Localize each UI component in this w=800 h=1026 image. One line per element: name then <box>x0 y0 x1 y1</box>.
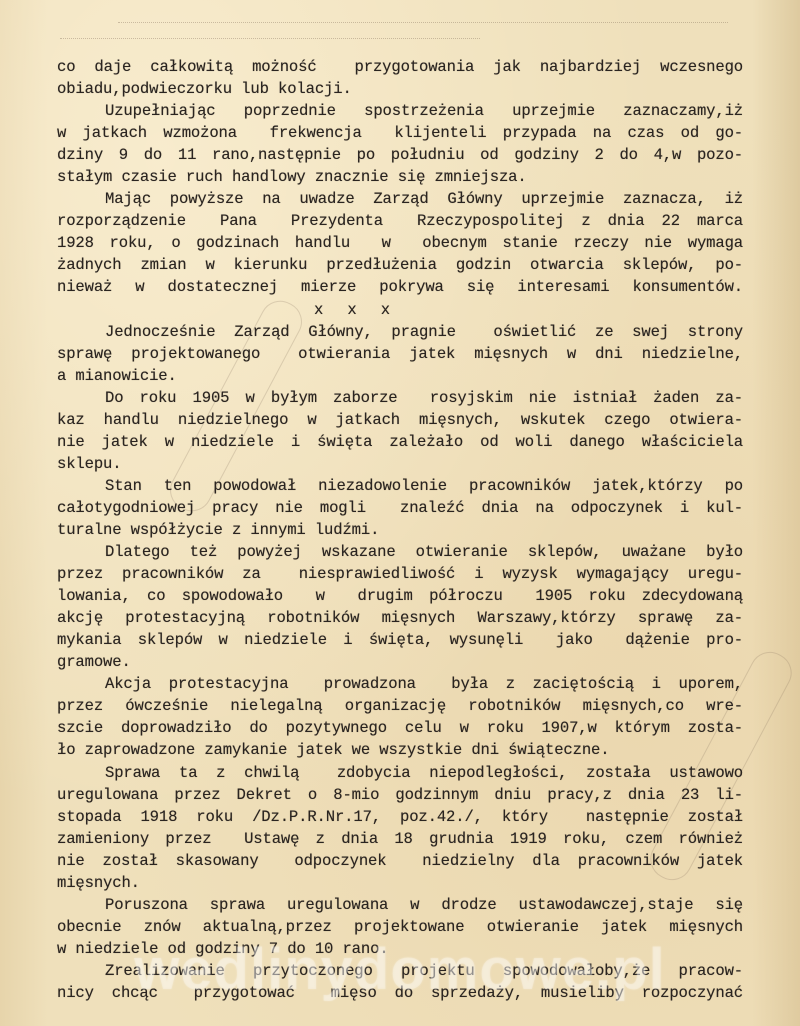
text-line: szcie doprowadziło do pozytywnego celu w… <box>57 717 757 739</box>
text-line: gramowe. <box>57 651 757 673</box>
text-line: sprawę projektowanego otwierania jatek m… <box>57 343 757 365</box>
text-line-content: przez ówcześnie nielegalną organizację r… <box>57 695 743 717</box>
text-line-content: obiadu,podwieczorku lub kolacji. <box>57 80 352 98</box>
text-line: Sprawa ta z chwilą zdobycia niepodległoś… <box>57 762 757 784</box>
text-line-content: sprawę projektowanego otwierania jatek m… <box>57 343 743 365</box>
text-line-content: Uzupełniając poprzednie spostrzeżenia up… <box>105 100 743 122</box>
text-line: Zrealizowanie przytoczonego projektu spo… <box>57 960 757 982</box>
text-line-content: całotygodniowej pracy nie mogli znaleźć … <box>57 497 743 519</box>
text-line-content: kaz handlu niedzielnego w jatkach mięsny… <box>57 409 743 431</box>
text-line: całotygodniowej pracy nie mogli znaleźć … <box>57 497 757 519</box>
text-line-content: nie został skasowany odpoczynek niedziel… <box>57 850 743 872</box>
text-line: żadnych zmian w kierunku przedłużenia go… <box>57 254 757 276</box>
text-line: Stan ten powodował niezadowolenie pracow… <box>57 475 757 497</box>
text-line: turalne współżycie z innymi ludźmi. <box>57 519 757 541</box>
text-line-content: w niedziele od godziny 7 do 10 rano. <box>57 940 388 958</box>
text-line: w niedziele od godziny 7 do 10 rano. <box>57 938 757 960</box>
text-line-content: sklepu. <box>57 455 121 473</box>
text-line: Mając powyższe na uwadze Zarząd Główny u… <box>57 188 757 210</box>
text-line: Akcja protestacyjna prowadzona była z za… <box>57 673 757 695</box>
faded-bleedthrough-line <box>60 38 480 53</box>
text-line: Do roku 1905 w byłym zaborze rosyjskim n… <box>57 387 757 409</box>
text-line-content: xxx <box>314 301 414 319</box>
text-line: obecnie znów aktualną,przez projektowane… <box>57 916 757 938</box>
text-line-content: stałym czasie ruch handlowy znacznie się… <box>57 168 527 186</box>
text-line: kaz handlu niedzielnego w jatkach mięsny… <box>57 409 757 431</box>
text-line-content: akcję protestacyjną robotników mięsnych … <box>57 607 743 629</box>
text-line-content: mięsnych. <box>57 874 140 892</box>
text-line: Poruszona sprawa uregulowana w drodze us… <box>57 894 757 916</box>
section-separator: xxx <box>57 299 757 321</box>
text-line: Uzupełniając poprzednie spostrzeżenia up… <box>57 100 757 122</box>
text-line: stopada 1918 roku /Dz.P.R.Nr.17, poz.42.… <box>57 806 757 828</box>
text-line: Dlatego też powyżej wskazane otwieranie … <box>57 541 757 563</box>
text-line-content: co daje całkowitą możność przygotowania … <box>57 56 743 78</box>
text-line-content: rozporządzenie Pana Prezydenta Rzeczypos… <box>57 210 743 232</box>
text-line: mięsnych. <box>57 872 757 894</box>
typewritten-body-text: co daje całkowitą możność przygotowania … <box>57 56 757 1004</box>
text-line-content: lowania, co spowodowało w drugim półrocz… <box>57 585 743 607</box>
text-line: 1928 roku, o godzinach handlu w obecnym … <box>57 232 757 254</box>
text-line-content: przez pracowników za niesprawiedliwość i… <box>57 563 743 585</box>
text-line-content: gramowe. <box>57 653 131 671</box>
text-line-content: dziny 9 do 11 rano,następnie po południu… <box>57 144 743 166</box>
text-line-content: szcie doprowadziło do pozytywnego celu w… <box>57 717 743 739</box>
text-line-content: Poruszona sprawa uregulowana w drodze us… <box>105 894 743 916</box>
text-line: co daje całkowitą możność przygotowania … <box>57 56 757 78</box>
text-line-content: żadnych zmian w kierunku przedłużenia go… <box>57 254 743 276</box>
text-line-content: 1928 roku, o godzinach handlu w obecnym … <box>57 232 743 254</box>
text-line: zamieniony przez Ustawę z dnia 18 grudni… <box>57 828 757 850</box>
text-line-content: stopada 1918 roku /Dz.P.R.Nr.17, poz.42.… <box>57 806 743 828</box>
text-line-content: Sprawa ta z chwilą zdobycia niepodległoś… <box>105 762 743 784</box>
text-line: uregulowana przez Dekret o 8-mio godzinn… <box>57 784 757 806</box>
text-line-content: zamieniony przez Ustawę z dnia 18 grudni… <box>57 828 743 850</box>
text-line-content: turalne współżycie z innymi ludźmi. <box>57 521 379 539</box>
text-line-content: ło zaprowadzone zamykanie jatek we wszys… <box>57 741 609 759</box>
text-line-content: Jednocześnie Zarząd Główny, pragnie oświ… <box>105 321 743 343</box>
text-line-content: Akcja protestacyjna prowadzona była z za… <box>105 673 743 695</box>
text-line-content: nicy chcąc przygotować mięso do sprzedaż… <box>57 982 743 1004</box>
text-line: obiadu,podwieczorku lub kolacji. <box>57 78 757 100</box>
text-line-content: nie jatek w niedziele i święta zależało … <box>57 431 743 453</box>
text-line: akcję protestacyjną robotników mięsnych … <box>57 607 757 629</box>
text-line: stałym czasie ruch handlowy znacznie się… <box>57 166 757 188</box>
text-line: sklepu. <box>57 453 757 475</box>
text-line: nie został skasowany odpoczynek niedziel… <box>57 850 757 872</box>
text-line: przez pracowników za niesprawiedliwość i… <box>57 563 757 585</box>
text-line: a mianowicie. <box>57 365 757 387</box>
text-line: w jatkach wzmożona frekwencja klijenteli… <box>57 122 757 144</box>
text-line: mykania sklepów w niedziele i święta, wy… <box>57 629 757 651</box>
text-line-content: Stan ten powodował niezadowolenie pracow… <box>105 475 743 497</box>
text-line-content: obecnie znów aktualną,przez projektowane… <box>57 916 743 938</box>
text-line: ło zaprowadzone zamykanie jatek we wszys… <box>57 739 757 761</box>
text-line: nie jatek w niedziele i święta zależało … <box>57 431 757 453</box>
text-line-content: w jatkach wzmożona frekwencja klijenteli… <box>57 122 743 144</box>
text-line-content: mykania sklepów w niedziele i święta, wy… <box>57 629 743 651</box>
text-line: Jednocześnie Zarząd Główny, pragnie oświ… <box>57 321 757 343</box>
text-line: nicy chcąc przygotować mięso do sprzedaż… <box>57 982 757 1004</box>
text-line: rozporządzenie Pana Prezydenta Rzeczypos… <box>57 210 757 232</box>
text-line-content: a mianowicie. <box>57 367 177 385</box>
text-line-content: uregulowana przez Dekret o 8-mio godzinn… <box>57 784 743 806</box>
text-line: przez ówcześnie nielegalną organizację r… <box>57 695 757 717</box>
text-line-content: Do roku 1905 w byłym zaborze rosyjskim n… <box>105 387 743 409</box>
text-line-content: Dlatego też powyżej wskazane otwieranie … <box>105 541 743 563</box>
text-line: dziny 9 do 11 rano,następnie po południu… <box>57 144 757 166</box>
faded-bleedthrough-line <box>118 22 728 37</box>
text-line: lowania, co spowodowało w drugim półrocz… <box>57 585 757 607</box>
text-line-content: Zrealizowanie przytoczonego projektu spo… <box>105 960 743 982</box>
text-line-content: Mając powyższe na uwadze Zarząd Główny u… <box>105 188 743 210</box>
scanned-document-page: co daje całkowitą możność przygotowania … <box>0 0 800 1026</box>
text-line-content: nieważ w dostatecznej mierze pokrywa się… <box>57 276 743 298</box>
text-line: nieważ w dostatecznej mierze pokrywa się… <box>57 276 757 298</box>
